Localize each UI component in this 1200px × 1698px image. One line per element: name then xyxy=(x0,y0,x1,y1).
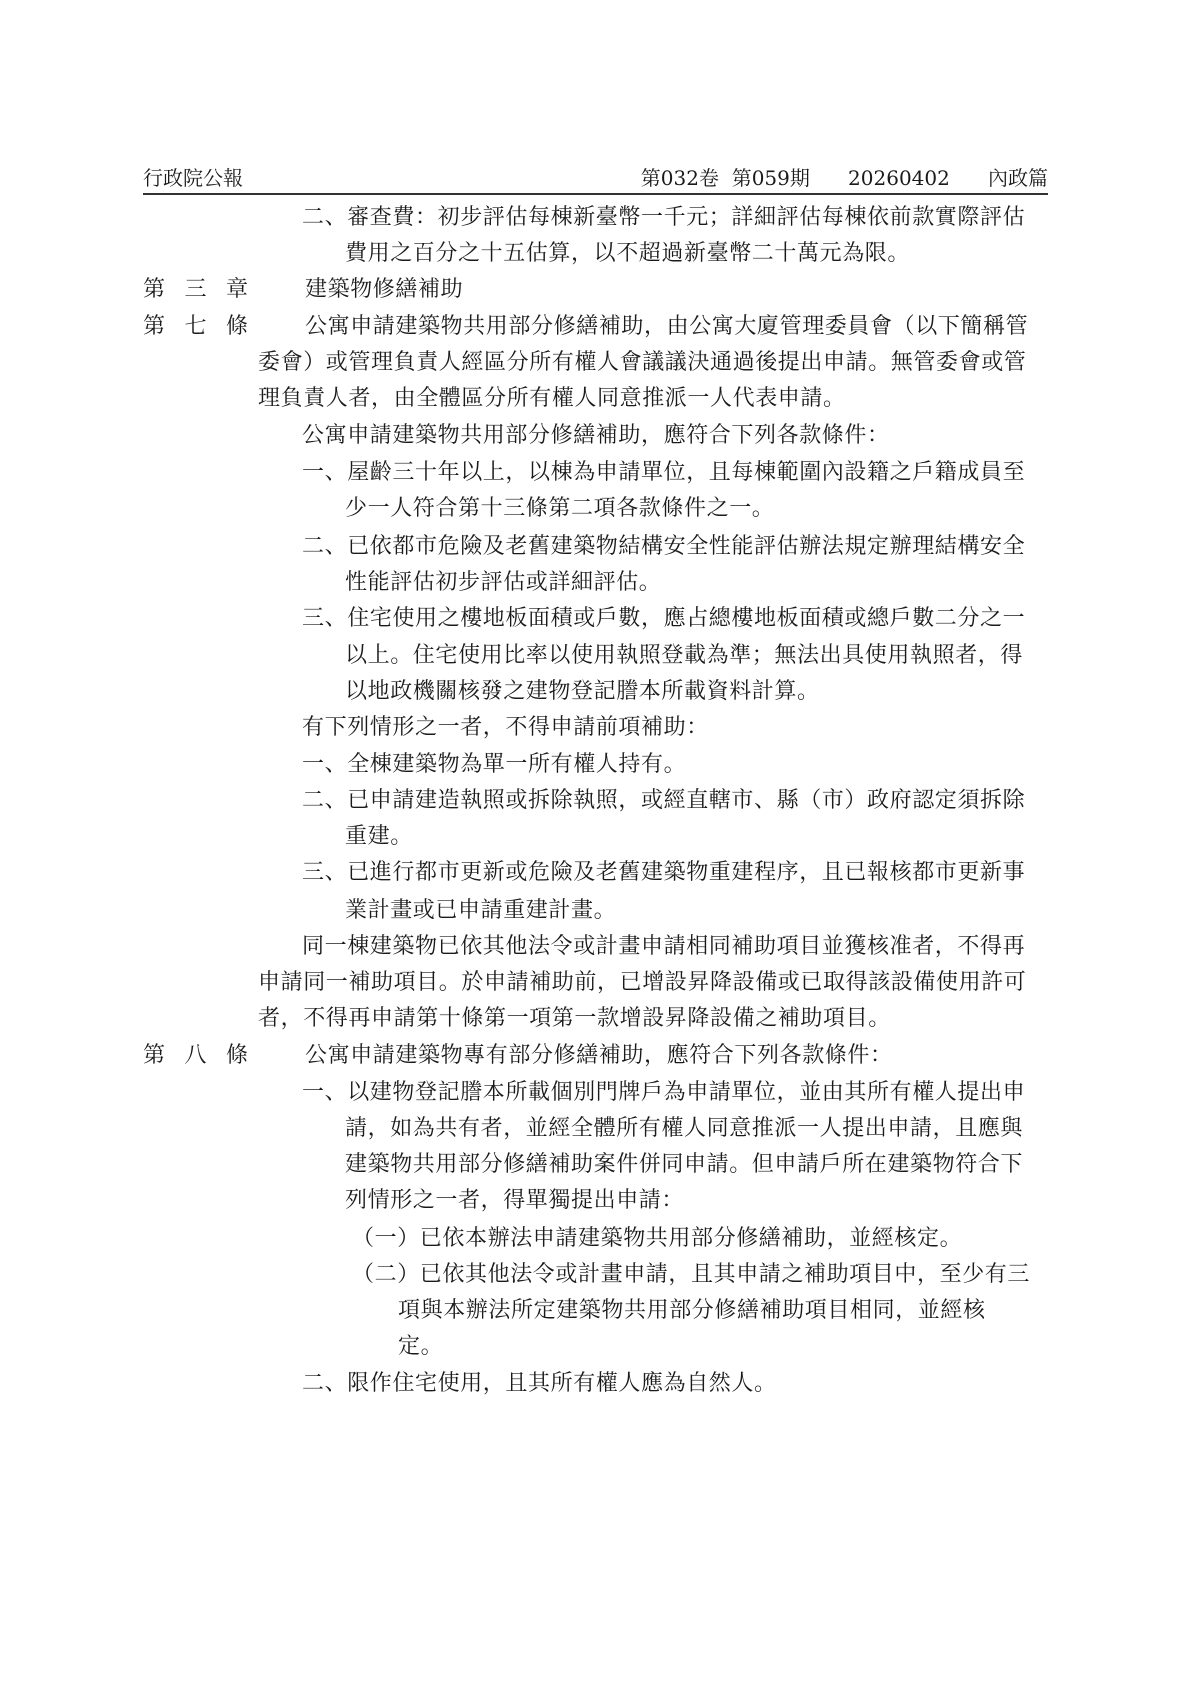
gazette-header: 行政院公報 第032卷 第059期 20260402 內政篇 xyxy=(143,165,1048,195)
text-line: 一、全棟建築物為單一所有權人持有。 xyxy=(302,750,686,780)
text-line: 業計畫或已申請重建計畫。 xyxy=(345,896,616,926)
article-label-char: 條 xyxy=(226,312,248,342)
text-line: 二、限作住宅使用，且其所有權人應為自然人。 xyxy=(302,1369,777,1399)
article-label: 第七條 xyxy=(143,312,248,342)
article-label-char: 第 xyxy=(143,1041,165,1071)
issue-date: 20260402 xyxy=(848,166,950,190)
text-line: 性能評估初步評估或詳細評估。 xyxy=(345,568,661,598)
text-line: 理負責人者，由全體區分所有權人同意推派一人代表申請。 xyxy=(258,384,846,414)
text-line: 列情形之一者，得單獨提出申請： xyxy=(345,1186,684,1216)
issue-number: 第059期 xyxy=(732,166,810,190)
text-line: 建築物共用部分修繕補助案件併同申請。但申請戶所在建築物符合下 xyxy=(345,1150,1023,1180)
article-label: 第八條 xyxy=(143,1041,248,1071)
text-line: 申請同一補助項目。於申請補助前，已增設昇降設備或已取得該設備使用許可 xyxy=(258,968,1026,998)
text-line: 公寓申請建築物共用部分修繕補助，應符合下列各款條件： xyxy=(302,421,890,451)
text-line: 以上。住宅使用比率以使用執照登載為準；無法出具使用執照者，得 xyxy=(345,641,1023,671)
article-label-char: 第 xyxy=(143,312,165,342)
article-label-char: 七 xyxy=(184,312,206,342)
text-line: 請，如為共有者，並經全體所有權人同意推派一人提出申請，且應與 xyxy=(345,1114,1023,1144)
section-name: 內政篇 xyxy=(988,166,1048,190)
text-line: （二）已依其他法令或計畫申請，且其申請之補助項目中，至少有三 xyxy=(352,1260,1030,1290)
article-label-char: 三 xyxy=(184,275,206,305)
text-line: 以地政機關核發之建物登記謄本所載資料計算。 xyxy=(345,677,820,707)
text-line: （一）已依本辦法申請建築物共用部分修繕補助，並經核定。 xyxy=(352,1224,962,1254)
text-line: 公寓申請建築物共用部分修繕補助，由公寓大廈管理委員會（以下簡稱管 xyxy=(305,312,1028,342)
article-label-char: 第 xyxy=(143,275,165,305)
text-line: 公寓申請建築物專有部分修繕補助，應符合下列各款條件： xyxy=(305,1041,893,1071)
text-line: 三、住宅使用之樓地板面積或戶數，應占總樓地板面積或總戶數二分之一 xyxy=(302,604,1025,634)
text-line: 費用之百分之十五估算，以不超過新臺幣二十萬元為限。 xyxy=(345,239,910,269)
text-line: 二、已申請建造執照或拆除執照，或經直轄市、縣（市）政府認定須拆除 xyxy=(302,786,1025,816)
text-line: 者，不得再申請第十條第一項第一款增設昇降設備之補助項目。 xyxy=(258,1004,891,1034)
volume-number: 第032卷 xyxy=(641,166,719,190)
text-line: 一、以建物登記謄本所載個別門牌戶為申請單位，並由其所有權人提出申 xyxy=(302,1078,1025,1108)
text-line: 二、審查費：初步評估每棟新臺幣一千元；詳細評估每棟依前款實際評估 xyxy=(302,203,1025,233)
text-line: 有下列情形之一者，不得申請前項補助： xyxy=(302,713,709,743)
article-label-char: 八 xyxy=(184,1041,206,1071)
text-line: 定。 xyxy=(398,1332,443,1362)
issue-info: 第032卷 第059期 20260402 內政篇 xyxy=(641,165,1048,191)
text-line: 一、屋齡三十年以上，以棟為申請單位，且每棟範圍內設籍之戶籍成員至 xyxy=(302,458,1025,488)
text-line: 同一棟建築物已依其他法令或計畫申請相同補助項目並獲核准者，不得再 xyxy=(302,932,1025,962)
article-label: 第三章 xyxy=(143,275,248,305)
text-line: 委會）或管理負責人經區分所有權人會議議決通過後提出申請。無管委會或管 xyxy=(258,348,1026,378)
text-line: 項與本辦法所定建築物共用部分修繕補助項目相同，並經核 xyxy=(398,1296,986,1326)
text-line: 少一人符合第十三條第二項各款條件之一。 xyxy=(345,494,774,524)
text-line: 三、已進行都市更新或危險及老舊建築物重建程序，且已報核都市更新事 xyxy=(302,858,1025,888)
article-label-char: 章 xyxy=(226,275,248,305)
text-line: 二、已依都市危險及老舊建築物結構安全性能評估辦法規定辦理結構安全 xyxy=(302,532,1025,562)
article-label-char: 條 xyxy=(226,1041,248,1071)
publication-title: 行政院公報 xyxy=(143,165,243,191)
text-line: 重建。 xyxy=(345,822,413,852)
text-line: 建築物修繕補助 xyxy=(305,275,463,305)
